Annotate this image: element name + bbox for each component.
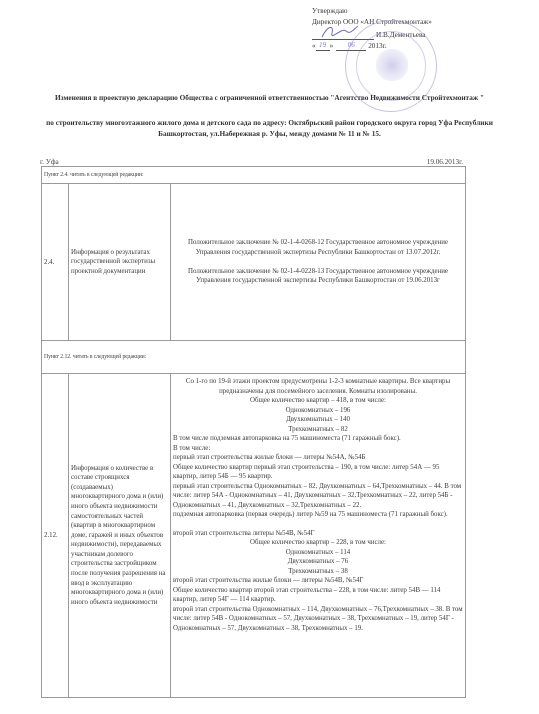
approval-day: 19 bbox=[316, 40, 330, 51]
stage2-blocks: второй этап строительства жилые блоки — … bbox=[173, 576, 463, 586]
table-row: 2.12. Информация о количестве в составе … bbox=[42, 374, 466, 698]
two-room-count: Двухкомнатных – 140 bbox=[173, 415, 463, 425]
section-heading: Пункт 2.4. читать в следующей редакции: bbox=[42, 167, 466, 184]
item-label: Информация о результатах государственной… bbox=[69, 184, 171, 341]
item-number: 2.12. bbox=[42, 374, 69, 698]
stage2-breakdown: второй этап строительства Однокомнатных … bbox=[173, 605, 463, 634]
stage2-one-room: Однокомнатных – 114 bbox=[173, 548, 463, 558]
city: г. Уфа bbox=[40, 158, 59, 166]
paragraph: Положительное заключение № 02-1-4-0268-1… bbox=[173, 238, 463, 257]
table-row: 2.4. Информация о результатах государств… bbox=[42, 184, 466, 341]
stage1-total: Общее количество квартир первый этап стр… bbox=[173, 463, 463, 482]
document-date: 19.06.2013г. bbox=[427, 158, 463, 166]
three-room-count: Трехкомнатных – 82 bbox=[173, 425, 463, 435]
intro-text: Со 1-го по 19-й этажи проектом предусмот… bbox=[173, 377, 463, 396]
section-heading: Пункт 2.12. читать в следующей редакции: bbox=[42, 341, 466, 374]
stage2-total-centered: Общее количество квартир – 228, в том чи… bbox=[173, 538, 463, 548]
item-label: Информация о количестве в составе строящ… bbox=[69, 374, 171, 698]
one-room-count: Однокомнатных – 196 bbox=[173, 406, 463, 416]
item-number: 2.4. bbox=[42, 184, 69, 341]
document-subtitle: по строительству многоэтажного жилого до… bbox=[30, 117, 509, 139]
document-title: Изменения в проектную декларацию Обществ… bbox=[30, 92, 509, 103]
stage2-liters: второй этап строительства литеры №54В, №… bbox=[173, 529, 463, 539]
stage2-total: Общее количество квартир второй этап стр… bbox=[173, 586, 463, 605]
stage2-two-room: Двухкомнатных – 76 bbox=[173, 557, 463, 567]
approve-label: Утверждаю bbox=[312, 6, 432, 17]
parking-text: В том числе подземная автопарковка на 75… bbox=[173, 434, 463, 444]
stage1-blocks: первый этап строительства жилые блоки — … bbox=[173, 453, 463, 463]
including-text: В том числе: bbox=[173, 444, 463, 454]
item-content: Положительное заключение № 02-1-4-0268-1… bbox=[171, 184, 466, 341]
item-content: Со 1-го по 19-й этажи проектом предусмот… bbox=[171, 374, 466, 698]
stage1-breakdown: первый этап строительства Однокомнатных … bbox=[173, 482, 463, 511]
total-apartments: Общее количество квартир – 418, в том чи… bbox=[173, 396, 463, 406]
paragraph: Положительное заключение № 02-1-4-0228-1… bbox=[173, 267, 463, 286]
section-heading-row: Пункт 2.4. читать в следующей редакции: bbox=[42, 167, 466, 184]
stage1-parking: подземная автопарковка (первая очередь) … bbox=[173, 510, 463, 520]
stage2-three-room: Трехкомнатных – 38 bbox=[173, 567, 463, 577]
emblem-icon bbox=[376, 49, 408, 81]
changes-table: Пункт 2.4. читать в следующей редакции: … bbox=[41, 166, 466, 698]
section-heading-row: Пункт 2.12. читать в следующей редакции: bbox=[42, 341, 466, 374]
